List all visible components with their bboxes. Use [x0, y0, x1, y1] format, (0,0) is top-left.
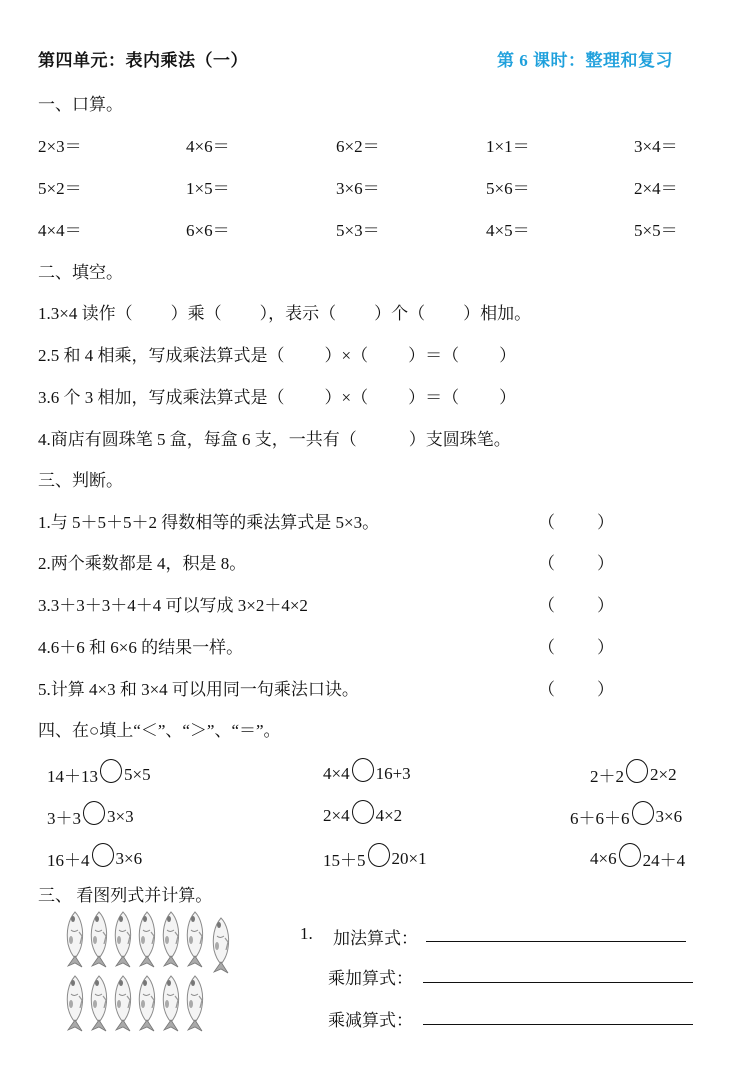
fill-text: ）支圆珠笔。 [409, 430, 511, 449]
compare-item: 16＋43×6 [47, 846, 142, 871]
lesson-title: 第 6 课时：整理和复习 [497, 46, 673, 71]
compare-right: 24＋4 [643, 846, 686, 871]
oral-item: 2×3＝ [38, 132, 82, 157]
fish-icon [88, 974, 110, 1032]
compare-circle[interactable] [619, 843, 641, 867]
fish-icon [184, 974, 206, 1032]
close-paren: ） [597, 675, 614, 700]
fish-icon [210, 916, 232, 974]
fill-text: ）×（ [325, 388, 369, 407]
addition-answer-line[interactable] [426, 941, 686, 942]
oral-item: 4×6＝ [186, 132, 230, 157]
fish-icon [88, 910, 110, 968]
open-paren: （ [538, 508, 555, 533]
oral-item: 2×4＝ [634, 174, 678, 199]
compare-circle[interactable] [352, 758, 374, 782]
compare-circle[interactable] [626, 759, 648, 783]
close-paren: ） [597, 508, 614, 533]
section-judge-heading: 三、判断。 [38, 466, 123, 491]
compare-right: 4×2 [376, 806, 403, 826]
compare-right: 3×3 [107, 807, 134, 827]
section-compare-heading: 四、在○填上“＜”、“＞”、“＝”。 [38, 716, 281, 741]
open-paren: （ [538, 549, 555, 574]
fill-item-1: 1.3×4 读作（）乘（），表示（）个（）相加。 [38, 299, 531, 324]
compare-item: 4×416+3 [323, 762, 411, 786]
fill-text: ）＝（ [408, 346, 459, 365]
oral-item: 6×2＝ [336, 132, 380, 157]
fill-text: ），表示（ [260, 304, 337, 323]
compare-left: 15＋5 [323, 846, 366, 871]
fish-icon [64, 974, 86, 1032]
fill-item-4: 4.商店有圆珠笔 5 盒，每盒 6 支，一共有（）支圆珠笔。 [38, 425, 511, 450]
section-oral-heading: 一、口算。 [38, 90, 123, 115]
compare-right: 3×6 [116, 849, 143, 869]
judge-answer-box[interactable]: （） [538, 549, 614, 574]
close-paren: ） [597, 549, 614, 574]
fill-text: ） [499, 346, 516, 365]
oral-item: 5×5＝ [634, 216, 678, 241]
judge-item-text: 1.与 5＋5＋5＋2 得数相等的乘法算式是 5×3。 [38, 508, 379, 533]
compare-item: 4×624＋4 [590, 846, 685, 871]
compare-right: 3×6 [656, 807, 683, 827]
close-paren: ） [597, 633, 614, 658]
fill-text: 1.3×4 读作（ [38, 304, 133, 323]
fish-icon [136, 910, 158, 968]
multiply-subtract-answer-line[interactable] [423, 1024, 693, 1025]
fish-icon [112, 910, 134, 968]
compare-left: 2×4 [323, 806, 350, 826]
compare-left: 3＋3 [47, 804, 81, 829]
question-number: 1. [300, 924, 313, 944]
compare-circle[interactable] [368, 843, 390, 867]
oral-item: 1×5＝ [186, 174, 230, 199]
compare-circle[interactable] [632, 801, 654, 825]
open-paren: （ [538, 591, 555, 616]
judge-answer-box[interactable]: （） [538, 591, 614, 616]
compare-circle[interactable] [92, 843, 114, 867]
fill-text: ） [499, 388, 516, 407]
compare-right: 16+3 [376, 764, 411, 784]
compare-right: 20×1 [392, 849, 427, 869]
compare-item: 6＋6＋63×6 [570, 804, 682, 829]
fish-icon [64, 910, 86, 968]
compare-circle[interactable] [83, 801, 105, 825]
fish-icon [160, 910, 182, 968]
fill-text: 2.5 和 4 相乘，写成乘法算式是（ [38, 346, 285, 365]
oral-item: 1×1＝ [486, 132, 530, 157]
compare-left: 2＋2 [590, 762, 624, 787]
multiply-add-answer-line[interactable] [423, 982, 693, 983]
open-paren: （ [538, 675, 555, 700]
addition-label: 加法算式： [333, 924, 418, 949]
judge-item-text: 4.6＋6 和 6×6 的结果一样。 [38, 633, 243, 658]
fish-icon [160, 974, 182, 1032]
compare-left: 6＋6＋6 [570, 804, 630, 829]
unit-title: 第四单元：表内乘法（一） [38, 46, 248, 71]
compare-item: 2×44×2 [323, 804, 402, 828]
multiply-add-label: 乘加算式： [328, 964, 413, 989]
oral-item: 6×6＝ [186, 216, 230, 241]
compare-left: 16＋4 [47, 846, 90, 871]
compare-left: 4×4 [323, 764, 350, 784]
judge-answer-box[interactable]: （） [538, 675, 614, 700]
fill-text: 4.商店有圆珠笔 5 盒，每盒 6 支，一共有（ [38, 430, 357, 449]
fill-text: 3.6 个 3 相加，写成乘法算式是（ [38, 388, 285, 407]
fill-text: ）相加。 [463, 304, 531, 323]
open-paren: （ [538, 633, 555, 658]
fish-icon [136, 974, 158, 1032]
fill-item-2: 2.5 和 4 相乘，写成乘法算式是（）×（）＝（） [38, 341, 516, 366]
oral-item: 5×2＝ [38, 174, 82, 199]
fish-icon [112, 974, 134, 1032]
oral-item: 5×6＝ [486, 174, 530, 199]
compare-left: 14＋13 [47, 762, 98, 787]
fish-picture [60, 910, 250, 1040]
compare-circle[interactable] [100, 759, 122, 783]
oral-item: 3×6＝ [336, 174, 380, 199]
oral-item: 3×4＝ [634, 132, 678, 157]
multiply-subtract-label: 乘减算式： [328, 1006, 413, 1031]
compare-right: 5×5 [124, 765, 151, 785]
fish-icon [184, 910, 206, 968]
judge-item-text: 5.计算 4×3 和 3×4 可以用同一句乘法口诀。 [38, 675, 359, 700]
judge-answer-box[interactable]: （） [538, 508, 614, 533]
compare-left: 4×6 [590, 849, 617, 869]
compare-item: 3＋33×3 [47, 804, 134, 829]
judge-item-text: 2.两个乘数都是 4，积是 8。 [38, 549, 246, 574]
section-fill-heading: 二、填空。 [38, 258, 123, 283]
oral-item: 5×3＝ [336, 216, 380, 241]
compare-item: 15＋520×1 [323, 846, 427, 871]
judge-item-text: 3.3＋3＋3＋4＋4 可以写成 3×2＋4×2 [38, 591, 308, 616]
fill-item-3: 3.6 个 3 相加，写成乘法算式是（）×（）＝（） [38, 383, 516, 408]
compare-circle[interactable] [352, 800, 374, 824]
fill-text: ）×（ [325, 346, 369, 365]
compare-item: 14＋135×5 [47, 762, 151, 787]
fill-text: ）＝（ [408, 388, 459, 407]
fill-text: ）个（ [374, 304, 425, 323]
section-picture-heading: 三、 看图列式并计算。 [38, 881, 212, 906]
fill-text: ）乘（ [171, 304, 222, 323]
oral-item: 4×4＝ [38, 216, 82, 241]
judge-answer-box[interactable]: （） [538, 633, 614, 658]
compare-right: 2×2 [650, 765, 677, 785]
oral-item: 4×5＝ [486, 216, 530, 241]
close-paren: ） [597, 591, 614, 616]
compare-item: 2＋22×2 [590, 762, 677, 787]
